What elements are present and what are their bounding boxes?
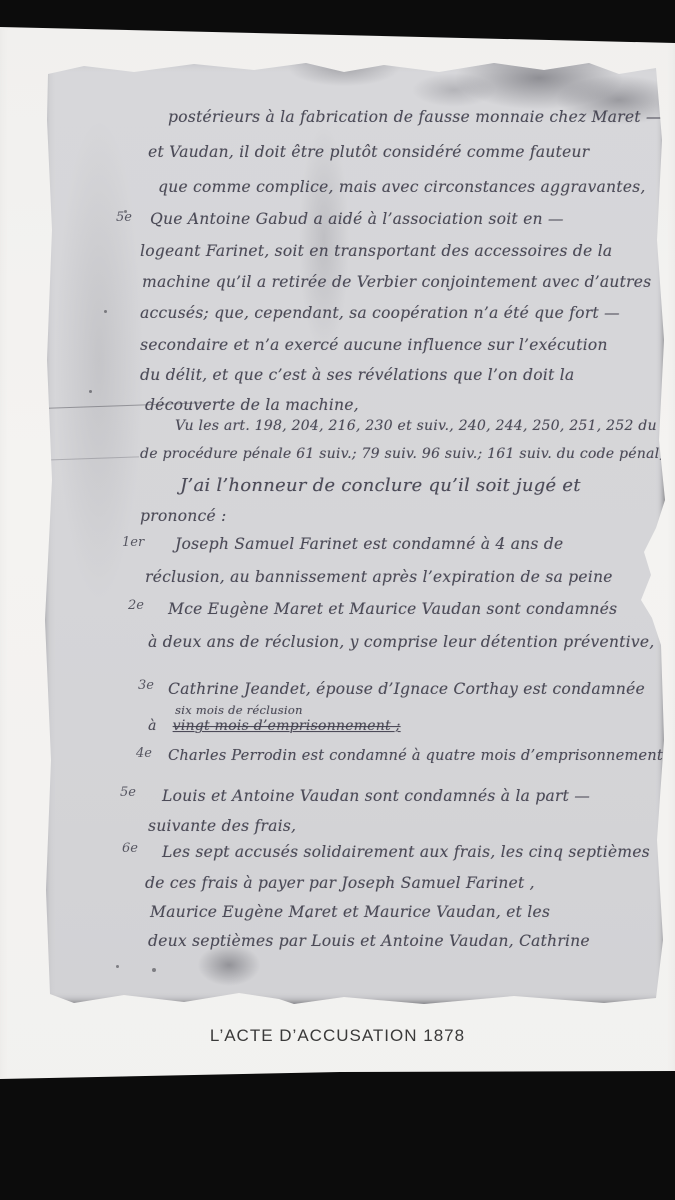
strikethrough-text: vingt mois d’emprisonnement ;: [173, 718, 401, 734]
item-number: 6e: [122, 841, 138, 856]
handwritten-line: Louis et Antoine Vaudan sont condamnés à…: [162, 787, 590, 805]
handwritten-line: J’ai l’honneur de conclure qu’il soit ju…: [180, 475, 581, 496]
handwritten-line: Que Antoine Gabud a aidé à l’association…: [150, 210, 564, 228]
item-number: 4e: [136, 746, 152, 761]
handwritten-line: accusés; que, cependant, sa coopération …: [140, 304, 620, 322]
paper-speck: [89, 390, 92, 393]
item-number: 5e: [120, 785, 136, 800]
paper-speck: [116, 965, 119, 968]
handwritten-line: postérieurs à la fabrication de fausse m…: [168, 108, 662, 126]
handwritten-line: découverte de la machine,: [145, 396, 359, 414]
handwritten-line: machine qu’il a retirée de Verbier conjo…: [142, 273, 651, 291]
handwritten-line: et Vaudan, il doit être plutôt considéré…: [148, 143, 589, 161]
insertion-text: six mois de réclusion: [175, 703, 303, 717]
handwritten-line: Mce Eugène Maret et Maurice Vaudan sont …: [168, 600, 617, 618]
handwritten-line: Joseph Samuel Farinet est condamné à 4 a…: [175, 535, 563, 553]
paper-crease: [44, 456, 139, 460]
handwritten-line: Les sept accusés solidairement aux frais…: [162, 843, 650, 861]
handwritten-line: Maurice Eugène Maret et Maurice Vaudan, …: [150, 903, 550, 921]
item-number: 2e: [128, 598, 144, 613]
handwritten-line: de procédure pénale 61 suiv.; 79 suiv. 9…: [140, 446, 664, 462]
manuscript-photo: 5e 1er 2e 3e 4e 5e 6e postérieurs à la f…: [44, 60, 666, 1005]
handwritten-line: secondaire et n’a exercé aucune influenc…: [140, 336, 608, 354]
paper-speck: [152, 968, 156, 972]
handwritten-line: Cathrine Jeandet, épouse d’Ignace Cortha…: [168, 680, 645, 698]
item-number: 3e: [138, 678, 154, 693]
item-number: 1er: [122, 535, 144, 550]
handwritten-line: Vu les art. 198, 204, 216, 230 et suiv.,…: [175, 418, 675, 434]
handwritten-line: deux septièmes par Louis et Antoine Vaud…: [148, 932, 590, 950]
caption: L’ACTE D’ACCUSATION 1878: [0, 1026, 675, 1046]
handwritten-line: que comme complice, mais avec circonstan…: [158, 178, 646, 196]
handwritten-line: du délit, et que c’est à ses révélations…: [140, 366, 574, 384]
handwritten-line: de ces frais à payer par Joseph Samuel F…: [145, 874, 535, 892]
struck-line: àvingt mois d’emprisonnement ;: [148, 718, 401, 734]
handwritten-line: logeant Farinet, soit en transportant de…: [140, 242, 612, 260]
photo-frame: 5e 1er 2e 3e 4e 5e 6e postérieurs à la f…: [0, 0, 675, 1200]
item-number: 5e: [116, 210, 132, 225]
handwritten-line: à deux ans de réclusion, y comprise leur…: [148, 633, 654, 651]
handwritten-line: prononcé :: [140, 507, 226, 525]
paper-speck: [104, 310, 107, 313]
handwritten-line: réclusion, au bannissement après l’expir…: [145, 568, 613, 586]
handwritten-line: Charles Perrodin est condamné à quatre m…: [168, 748, 673, 764]
handwritten-line: suivante des frais,: [148, 817, 296, 835]
struck-line-prefix: à: [148, 718, 157, 734]
